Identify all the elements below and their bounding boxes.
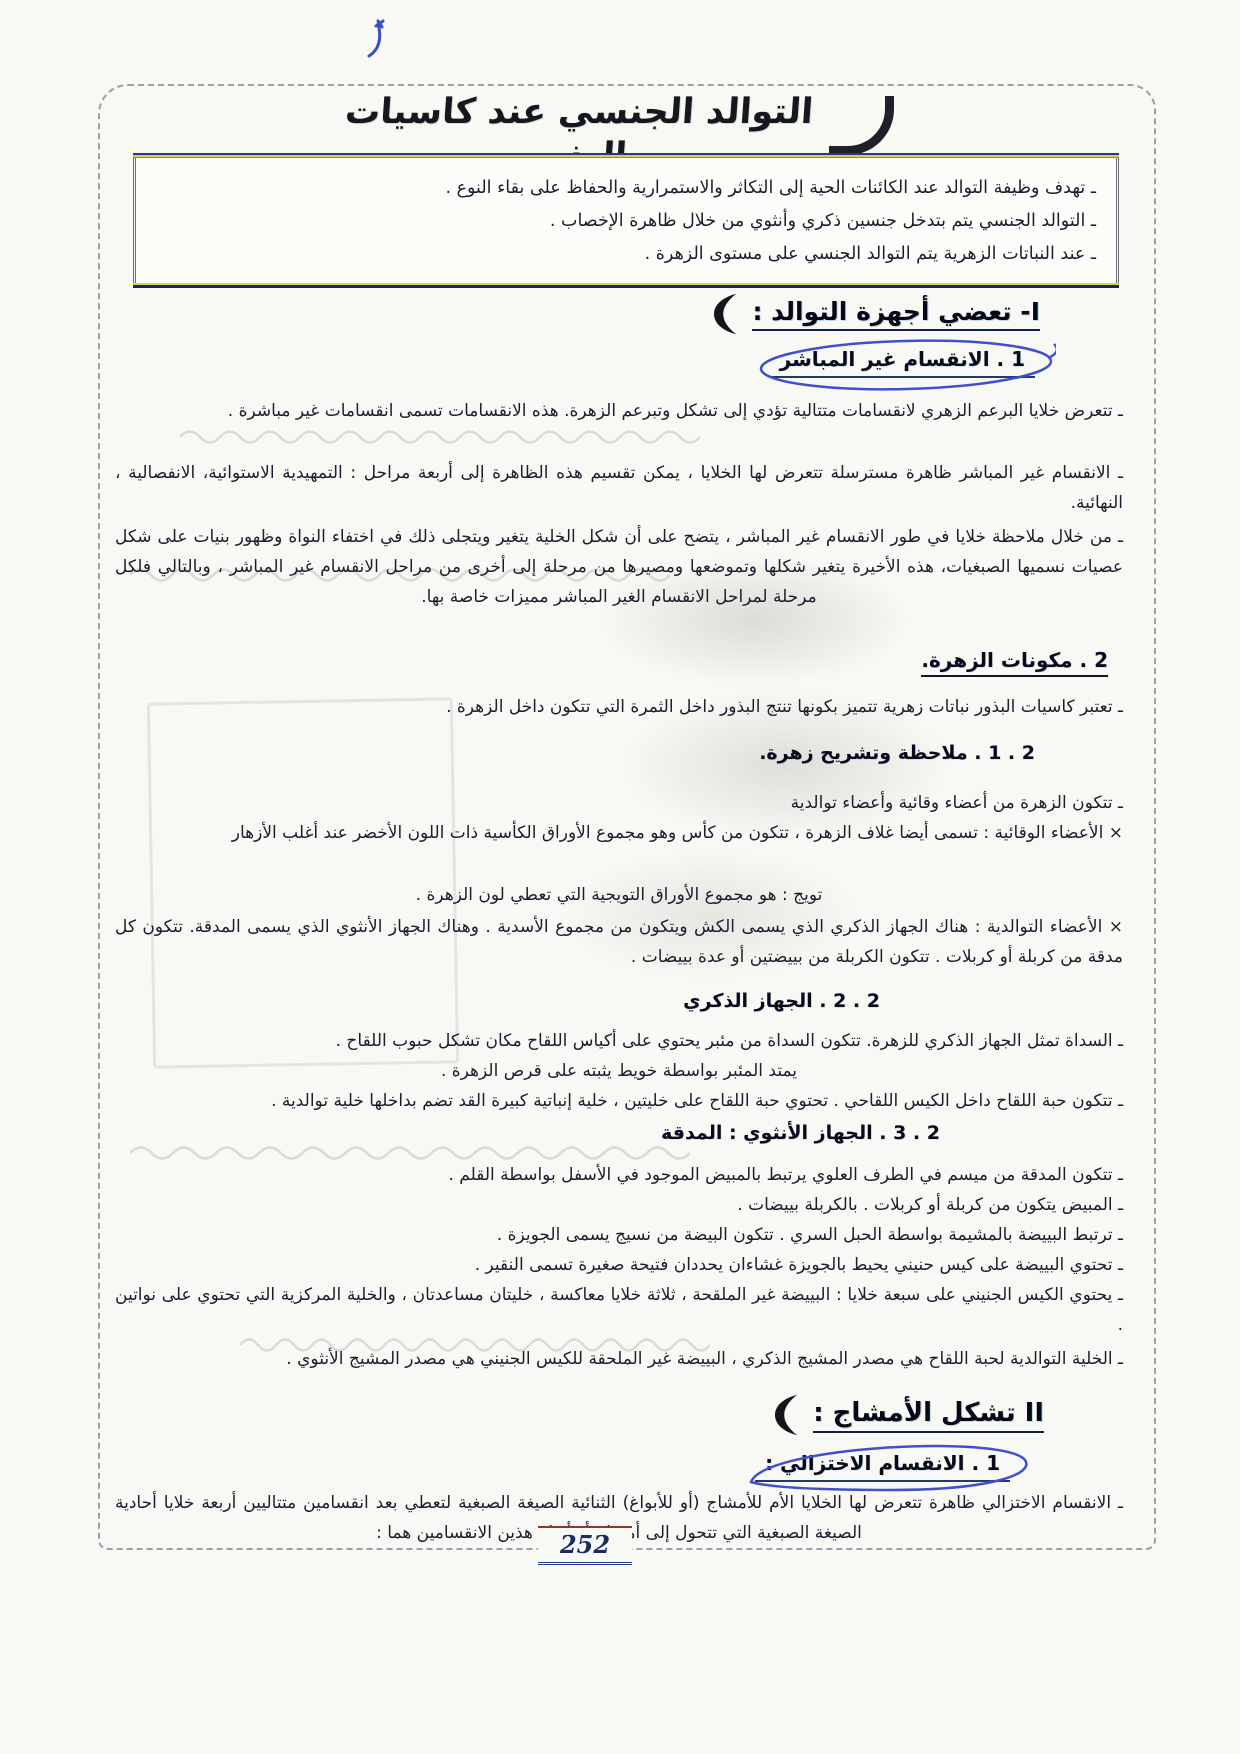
paragraph: ـ تتكون الزهرة من أعضاء وقائية وأعضاء تو… xyxy=(115,788,1123,818)
intro-line: ـ تهدف وظيفة التوالد عند الكائنات الحية … xyxy=(156,172,1096,205)
observation-heading-text: 2 . 1 . ملاحظة وتشريح زهرة. xyxy=(759,742,1035,764)
meiosis-heading: 1 . الانقسام الاختزالي : xyxy=(755,1448,1010,1482)
crescent-bracket-icon xyxy=(714,293,738,335)
paragraph: × الأعضاء التوالدية : هناك الجهاز الذكري… xyxy=(115,912,1123,972)
crescent-bracket-icon xyxy=(775,1394,799,1436)
flower-heading-text: 2 . مكونات الزهرة. xyxy=(921,648,1108,677)
male-organ-heading-text: 2 . 2 . الجهاز الذكري xyxy=(683,990,880,1012)
mitosis-heading: 1 . الانقسام غير المباشر xyxy=(770,344,1035,378)
scanned-textbook-page: التوالد الجنسي عند كاسيات البذور ـ تهدف … xyxy=(0,0,1240,1754)
section-1-heading: I- تعضي أجهزة التوالد : xyxy=(714,293,1040,335)
paragraph: يمتد المئبر بواسطة خويط يثبته على قرص ال… xyxy=(115,1056,1123,1086)
paragraph: ـ من خلال ملاحظة خلايا في طور الانقسام غ… xyxy=(115,522,1123,612)
paragraph: ـ الانقسام غير المباشر ظاهرة مسترسلة تتع… xyxy=(115,458,1123,518)
male-organ-heading: 2 . 2 . الجهاز الذكري xyxy=(683,990,880,1012)
intro-line: ـ عند النباتات الزهرية يتم التوالد الجنس… xyxy=(156,238,1096,271)
paragraph: ـ الخلية التوالدية لحبة اللقاح هي مصدر ا… xyxy=(115,1344,1123,1374)
observation-heading: 2 . 1 . ملاحظة وتشريح زهرة. xyxy=(759,742,1035,764)
paragraph: ـ تتكون المدقة من ميسم في الطرف العلوي ي… xyxy=(115,1160,1123,1190)
ink-squiggle-icon xyxy=(365,16,395,64)
section-2-heading: II تشكل الأمشاج : xyxy=(775,1394,1044,1436)
intro-box: ـ تهدف وظيفة التوالد عند الكائنات الحية … xyxy=(133,158,1119,283)
female-organ-heading-text: 2 . 3 . الجهاز الأنثوي : المدقة xyxy=(661,1122,940,1144)
female-organ-heading: 2 . 3 . الجهاز الأنثوي : المدقة xyxy=(661,1122,940,1144)
paragraph: ـ يحتوي الكيس الجنيني على سبعة خلايا : ا… xyxy=(115,1280,1123,1340)
paragraph: ـ تحتوي البييضة على كيس حنيني يحيط بالجو… xyxy=(115,1250,1123,1280)
paragraph: ـ تتكون حبة اللقاح داخل الكيس اللقاحي . … xyxy=(115,1086,1123,1116)
intro-line: ـ التوالد الجنسي يتم بتدخل جنسين ذكري وأ… xyxy=(156,205,1096,238)
paragraph: ـ السداة تمثل الجهاز الذكري للزهرة. تتكو… xyxy=(115,1026,1123,1056)
section-2-heading-text: II تشكل الأمشاج : xyxy=(813,1398,1044,1433)
meiosis-heading-text: 1 . الانقسام الاختزالي : xyxy=(765,1451,1000,1475)
paragraph: ـ تتعرض خلايا البرعم الزهري لانقسامات مت… xyxy=(115,396,1123,426)
paragraph: ـ المبيض يتكون من كربلة أو كربلات . بالك… xyxy=(115,1190,1123,1220)
paragraph: تويج : هو مجموع الأوراق التويجية التي تع… xyxy=(115,880,1123,910)
flower-heading: 2 . مكونات الزهرة. xyxy=(921,648,1108,672)
paragraph: ـ تعتبر كاسيات البذور نباتات زهرية تتميز… xyxy=(115,692,1123,722)
paragraph: ـ ترتبط البييضة بالمشيمة بواسطة الحبل ال… xyxy=(115,1220,1123,1250)
section-1-heading-text: I- تعضي أجهزة التوالد : xyxy=(752,297,1040,331)
mitosis-heading-text: 1 . الانقسام غير المباشر xyxy=(780,347,1025,371)
paragraph: × الأعضاء الوقائية : تسمى أيضا غلاف الزه… xyxy=(115,818,1123,848)
page-number: 252 xyxy=(538,1526,632,1565)
